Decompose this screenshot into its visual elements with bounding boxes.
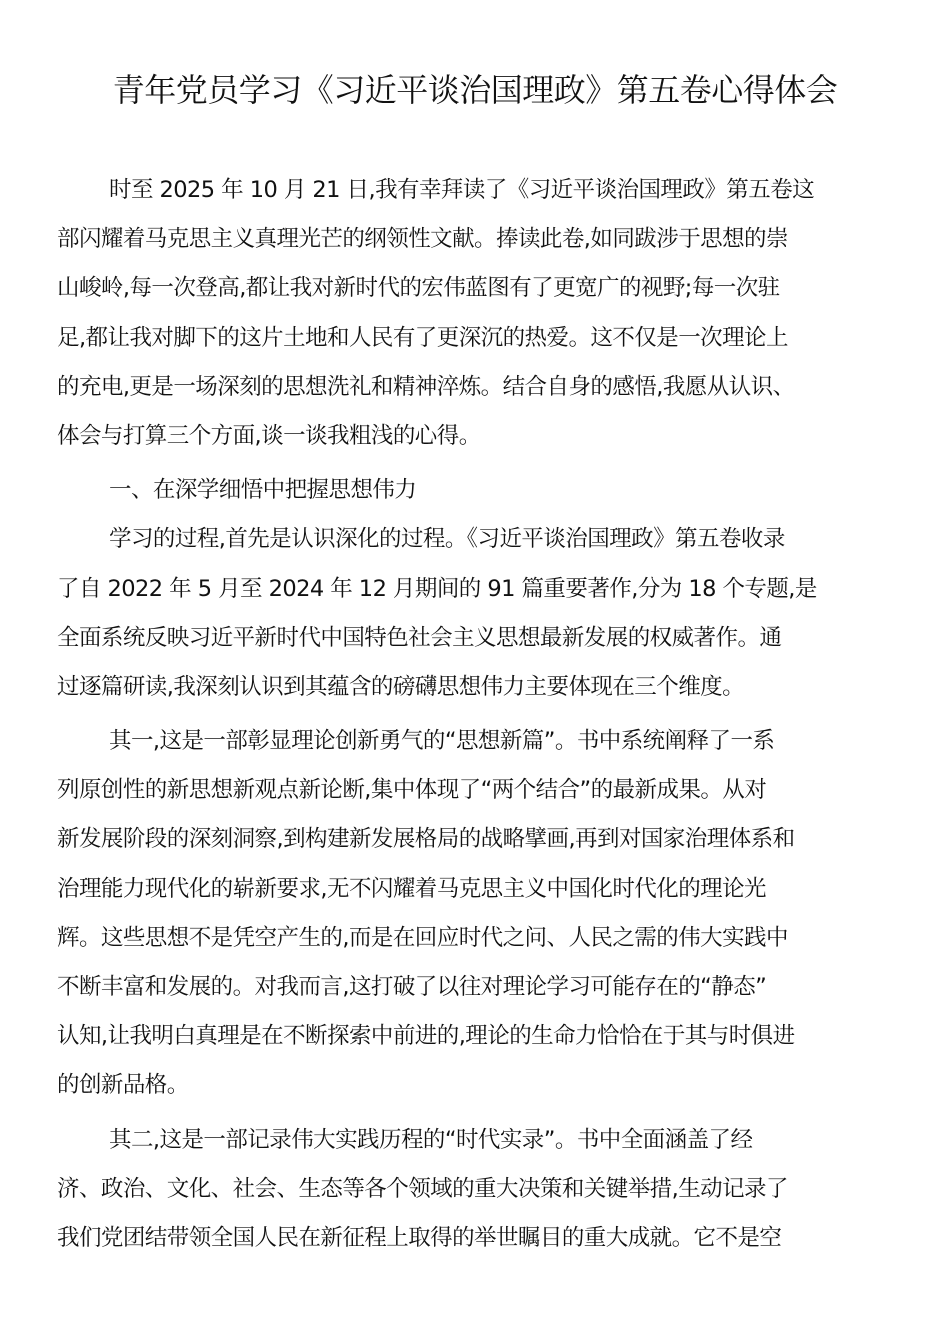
paragraph-3-line-4: 治理能力现代化的崭新要求,无不闪耀着马克思主义中国化时代化的理论光	[57, 865, 897, 914]
paragraph-2-line-4: 过逐篇研读,我深刻认识到其蕴含的磅礴思想伟力主要体现在三个维度。	[57, 663, 897, 712]
paragraph-2-line-2: 了自 2022 年 5 月至 2024 年 12 月期间的 91 篇重要著作,分…	[57, 565, 897, 614]
paragraph-1-line-6: 体会与打算三个方面,谈一谈我粗浅的心得。	[57, 412, 897, 461]
paragraph-3-line-5: 辉。这些思想不是凭空产生的,而是在回应时代之问、人民之需的伟大实践中	[57, 914, 897, 963]
paragraph-3-line-2: 列原创性的新思想新观点新论断,集中体现了“两个结合”的最新成果。从对	[57, 766, 897, 815]
paragraph-3-line-6: 不断丰富和发展的。对我而言,这打破了以往对理论学习可能存在的“静态”	[57, 963, 897, 1012]
paragraph-3-line-8: 的创新品格。	[57, 1061, 897, 1110]
paragraph-1-line-2: 部闪耀着马克思主义真理光芒的纲领性文献。捧读此卷,如同跋涉于思想的崇	[57, 215, 897, 264]
paragraph-2-line-3: 全面系统反映习近平新时代中国特色社会主义思想最新发展的权威著作。通	[57, 614, 897, 663]
paragraph-4-line-3: 我们党团结带领全国人民在新征程上取得的举世瞩目的重大成就。它不是空	[57, 1214, 897, 1263]
paragraph-1-line-4: 足,都让我对脚下的这片土地和人民有了更深沉的热爱。这不仅是一次理论上	[57, 314, 897, 363]
paragraph-2-line-1: 学习的过程,首先是认识深化的过程。《习近平谈治国理政》第五卷收录	[57, 515, 897, 564]
paragraph-1-line-3: 山峻岭,每一次登高,都让我对新时代的宏伟蓝图有了更宽广的视野;每一次驻	[57, 264, 897, 313]
document-page: 青年党员学习《习近平谈治国理政》第五卷心得体会 时至 2025 年 10 月 2…	[0, 0, 950, 1344]
paragraph-3-line-3: 新发展阶段的深刻洞察,到构建新发展格局的战略擘画,再到对国家治理体系和	[57, 815, 897, 864]
section-heading-1: 一、在深学细悟中把握思想伟力	[57, 466, 897, 515]
document-title: 青年党员学习《习近平谈治国理政》第五卷心得体会	[0, 66, 950, 114]
paragraph-1-line-5: 的充电,更是一场深刻的思想洗礼和精神淬炼。结合自身的感悟,我愿从认识、	[57, 363, 897, 412]
paragraph-4-line-1: 其二,这是一部记录伟大实践历程的“时代实录”。书中全面涵盖了经	[57, 1116, 897, 1165]
paragraph-3-line-7: 认知,让我明白真理是在不断探索中前进的,理论的生命力恰恰在于其与时俱进	[57, 1012, 897, 1061]
paragraph-1-line-1: 时至 2025 年 10 月 21 日,我有幸拜读了《习近平谈治国理政》第五卷这	[57, 166, 897, 215]
paragraph-4-line-2: 济、政治、文化、社会、生态等各个领域的重大决策和关键举措,生动记录了	[57, 1165, 897, 1214]
document-body: 时至 2025 年 10 月 21 日,我有幸拜读了《习近平谈治国理政》第五卷这…	[57, 166, 897, 1263]
paragraph-3-line-1: 其一,这是一部彰显理论创新勇气的“思想新篇”。书中系统阐释了一系	[57, 717, 897, 766]
